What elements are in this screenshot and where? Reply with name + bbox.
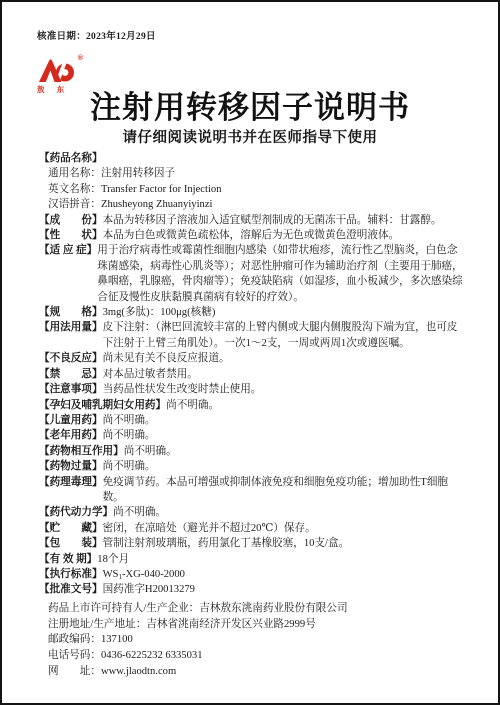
section-text: 本品为转移因子溶液加入适宜赋型剂制成的无菌冻干品。辅料：甘露醇。 <box>103 213 468 228</box>
section-label: 【药代动力学】 <box>39 505 113 520</box>
section-label: 【药物相互作用】 <box>39 444 124 459</box>
company-address-line: 注册地址/生产地址：吉林省洮南经济开发区兴业路2999号 <box>39 617 468 633</box>
section-label: 【不良反应】 <box>39 351 103 366</box>
section-text: 尚不明确。 <box>113 505 468 520</box>
section-drug-interactions: 【药物相互作用】 尚不明确。 <box>39 444 468 459</box>
section-drug-name: 【药品名称】 <box>39 151 468 166</box>
section-execution-standard: 【执行标准】 WS1-XG-040-2000 <box>39 567 468 582</box>
section-label: 【包 装】 <box>39 536 103 551</box>
section-elderly-use: 【老年用药】 尚不明确。 <box>39 428 468 443</box>
aodong-logo-icon <box>37 58 81 84</box>
company-holder-line: 药品上市许可持有人/生产企业：吉林敖东洮南药业股份有限公司 <box>39 601 468 617</box>
section-text: 尚不明确。 <box>103 428 468 443</box>
insert-body: 【药品名称】 通用名称：注射用转移因子 英文名称：Transfer Factor… <box>39 151 468 680</box>
section-contraindications: 【禁 忌】 对本品过敏者禁用。 <box>39 367 468 382</box>
section-pregnancy-use: 【孕妇及哺乳期妇女用药】 尚不明确。 <box>39 398 468 413</box>
section-children-use: 【儿童用药】 尚不明确。 <box>39 413 468 428</box>
company-phone-line: 电话号码：0436-6225232 6335031 <box>39 648 468 664</box>
section-text: 尚不明确。 <box>103 413 468 428</box>
section-text: 尚不明确。 <box>103 459 468 474</box>
section-label: 【药品名称】 <box>39 151 103 166</box>
section-label: 【有 效 期】 <box>39 552 97 567</box>
english-name-line: 英文名称：Transfer Factor for Injection <box>39 182 468 197</box>
section-text: 免疫调节药。本品可增强或抑制体液免疫和细胞免疫功能；增加助性T细胞数。 <box>103 475 468 506</box>
section-label: 【性 状】 <box>39 228 103 243</box>
section-text: 当药品性状发生改变时禁止使用。 <box>103 382 468 397</box>
section-label: 【老年用药】 <box>39 428 103 443</box>
aodong-logo-mark: ® <box>37 58 81 84</box>
standard-prefix: WS <box>103 569 119 580</box>
section-text: 3mg(多肽)：100μg(核糖) <box>103 305 468 320</box>
section-text: 密闭，在凉暗处（避光并不超过20℃）保存。 <box>103 521 468 536</box>
approval-date: 核准日期：2023年12月29日 <box>37 28 156 42</box>
page-subtitle: 请仔细阅读说明书并在医师指导下使用 <box>2 126 498 147</box>
section-composition: 【成 份】 本品为转移因子溶液加入适宜赋型剂制成的无菌冻干品。辅料：甘露醇。 <box>39 213 468 228</box>
registered-trademark-icon: ® <box>78 55 83 62</box>
section-adverse-reactions: 【不良反应】 尚未见有关不良反应报道。 <box>39 351 468 366</box>
generic-name-line: 通用名称：注射用转移因子 <box>39 166 468 181</box>
section-text: 国药准字H20013279 <box>103 582 468 597</box>
section-label: 【儿童用药】 <box>39 413 103 428</box>
section-specification: 【规 格】 3mg(多肽)：100μg(核糖) <box>39 305 468 320</box>
pinyin-name-line: 汉语拼音：Zhusheyong Zhuanyiyinzi <box>39 197 468 212</box>
section-label: 【批准文号】 <box>39 582 103 597</box>
section-text: 尚不明确。 <box>166 398 468 413</box>
company-postcode-line: 邮政编码：137100 <box>39 632 468 648</box>
section-label: 【贮 藏】 <box>39 521 103 536</box>
section-label: 【药理毒理】 <box>39 475 103 506</box>
section-text: 尚未见有关不良反应报道。 <box>103 351 468 366</box>
section-text: 对本品过敏者禁用。 <box>103 367 468 382</box>
section-text: 本品为白色或微黄色疏松体，溶解后为无色或微黄色澄明液体。 <box>103 228 468 243</box>
package-insert-page: 核准日期：2023年12月29日 ® 敖 东 注射用转移因子说明书 请仔细阅读说… <box>0 0 500 705</box>
section-indications: 【适 应 症】 用于治疗病毒性或霉菌性细胞内感染（如带状疱疹，流行性乙型脑炎，白… <box>39 243 468 305</box>
section-label: 【执行标准】 <box>39 567 103 582</box>
section-label: 【适 应 症】 <box>39 243 97 305</box>
section-text: 用于治疗病毒性或霉菌性细胞内感染（如带状疱疹，流行性乙型脑炎，白色念珠菌感染，病… <box>97 243 468 305</box>
section-text: 管制注射剂玻璃瓶，药用氯化丁基橡胶塞，10支/盒。 <box>103 536 468 551</box>
section-label: 【禁 忌】 <box>39 367 103 382</box>
section-pharmacokinetics: 【药代动力学】 尚不明确。 <box>39 505 468 520</box>
section-packaging: 【包 装】 管制注射剂玻璃瓶，药用氯化丁基橡胶塞，10支/盒。 <box>39 536 468 551</box>
section-label: 【规 格】 <box>39 305 103 320</box>
section-label: 【用法用量】 <box>39 320 103 351</box>
section-validity-period: 【有 效 期】 18个月 <box>39 552 468 567</box>
section-text: 皮下注射：（淋巴回流较丰富的上臂内侧或大腿内侧腹股沟下端为宜，也可皮下注射于上臂… <box>103 320 468 351</box>
page-title: 注射用转移因子说明书 <box>2 82 498 127</box>
section-description: 【性 状】 本品为白色或微黄色疏松体，溶解后为无色或微黄色澄明液体。 <box>39 228 468 243</box>
section-pharmacology: 【药理毒理】 免疫调节药。本品可增强或抑制体液免疫和细胞免疫功能；增加助性T细胞… <box>39 475 468 506</box>
section-text: 18个月 <box>97 552 468 567</box>
section-label: 【孕妇及哺乳期妇女用药】 <box>39 398 166 413</box>
section-storage: 【贮 藏】 密闭，在凉暗处（避光并不超过20℃）保存。 <box>39 521 468 536</box>
section-label: 【成 份】 <box>39 213 103 228</box>
section-text: 尚不明确。 <box>124 444 468 459</box>
section-label: 【注意事项】 <box>39 382 103 397</box>
section-label: 【药物过量】 <box>39 459 103 474</box>
section-text: WS1-XG-040-2000 <box>103 567 468 582</box>
section-dosage: 【用法用量】 皮下注射：（淋巴回流较丰富的上臂内侧或大腿内侧腹股沟下端为宜，也可… <box>39 320 468 351</box>
standard-suffix: -XG-040-2000 <box>122 569 185 580</box>
section-approval-number: 【批准文号】 国药准字H20013279 <box>39 582 468 597</box>
company-website-line: 网 址：www.jlaodtn.com <box>39 664 468 680</box>
company-info-block: 药品上市许可持有人/生产企业：吉林敖东洮南药业股份有限公司 注册地址/生产地址：… <box>39 601 468 680</box>
section-precautions: 【注意事项】 当药品性状发生改变时禁止使用。 <box>39 382 468 397</box>
section-overdose: 【药物过量】 尚不明确。 <box>39 459 468 474</box>
